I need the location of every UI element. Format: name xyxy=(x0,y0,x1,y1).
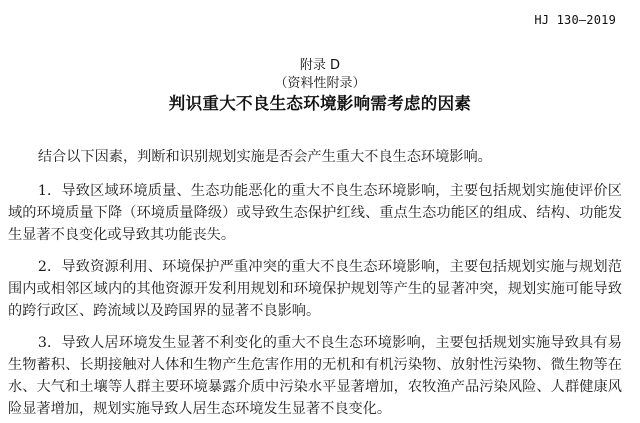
item-text: 导致区域环境质量、生态功能恶化的重大不良生态环境影响，主要包括规划实施使评价区域… xyxy=(8,183,622,243)
document-body: 结合以下因素，判断和识别规划实施是否会产生重大不良生态环境影响。 1．导致区域环… xyxy=(8,146,622,423)
item-number: 1． xyxy=(38,183,62,199)
intro-paragraph: 结合以下因素，判断和识别规划实施是否会产生重大不良生态环境影响。 xyxy=(8,146,622,168)
appendix-type: （资料性附录） xyxy=(0,74,640,93)
appendix-label: 附录 D xyxy=(0,57,640,74)
item-text: 导致资源利用、环境保护严重冲突的重大不良生态环境影响，主要包括规划实施与规划范围… xyxy=(8,259,622,319)
appendix-heading: 附录 D （资料性附录） 判识重大不良生态环境影响需考虑的因素 xyxy=(0,57,640,115)
list-item: 1．导致区域环境质量、生态功能恶化的重大不良生态环境影响，主要包括规划实施使评价… xyxy=(8,180,622,246)
appendix-title: 判识重大不良生态环境影响需考虑的因素 xyxy=(0,93,640,115)
item-number: 2． xyxy=(38,259,62,275)
item-number: 3． xyxy=(38,335,62,351)
list-item: 2．导致资源利用、环境保护严重冲突的重大不良生态环境影响，主要包括规划实施与规划… xyxy=(8,256,622,322)
item-text: 导致人居环境发生显著不利变化的重大不良生态环境影响，主要包括规划实施导致具有易生… xyxy=(8,335,622,417)
standard-number: HJ 130—2019 xyxy=(534,13,616,27)
list-item: 3．导致人居环境发生显著不利变化的重大不良生态环境影响，主要包括规划实施导致具有… xyxy=(8,332,622,420)
